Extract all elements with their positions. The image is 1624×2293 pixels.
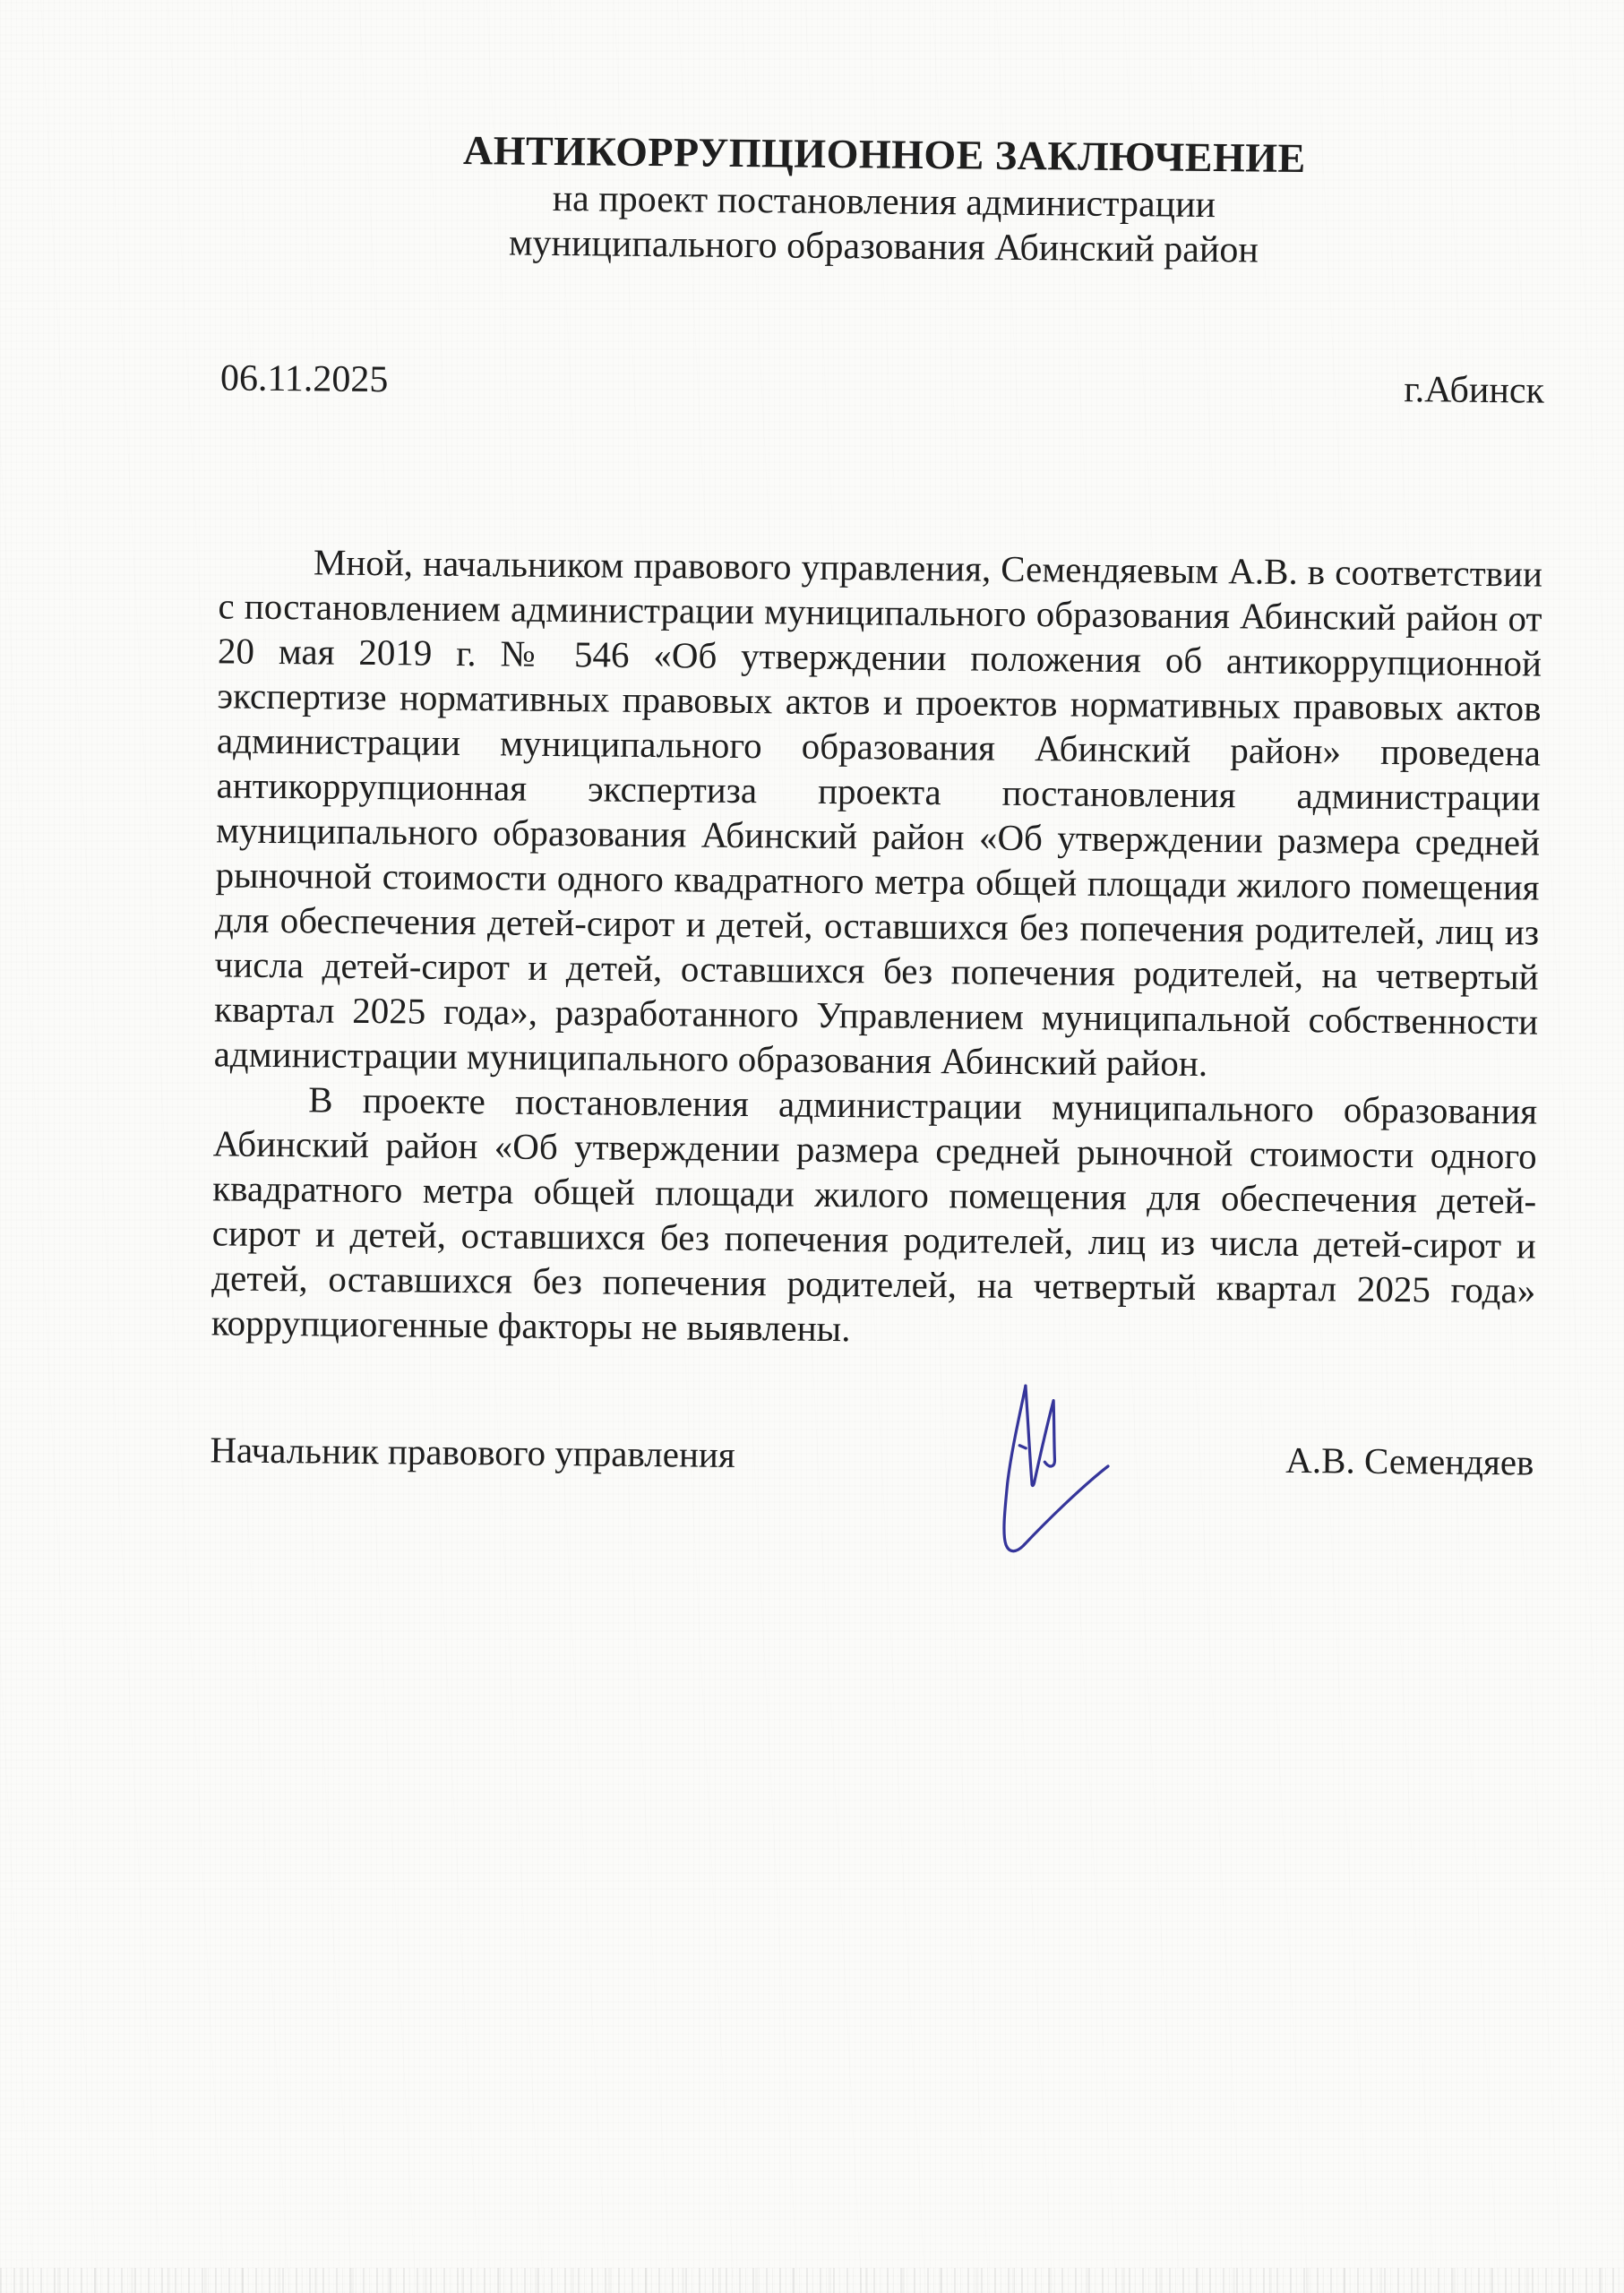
signer-name: А.В. Семендяев: [1285, 1438, 1534, 1485]
document-place: г.Абинск: [1404, 367, 1544, 414]
title-block: АНТИКОРРУПЦИОННОЕ ЗАКЛЮЧЕНИЕ на проект п…: [221, 123, 1546, 275]
body-paragraph-2: В проекте постановления администрации му…: [211, 1076, 1538, 1357]
handwritten-signature-ink: [979, 1379, 1117, 1561]
signer-position-title: Начальник правового управления: [210, 1427, 735, 1477]
document-date: 06.11.2025: [220, 356, 389, 402]
body-paragraph-1: Мной, начальником правового управления, …: [213, 538, 1542, 1088]
date-place-row: 06.11.2025 г.Абинск: [220, 356, 1544, 413]
scan-bottom-edge-artifact: [0, 2268, 1624, 2293]
document-content: АНТИКОРРУПЦИОННОЕ ЗАКЛЮЧЕНИЕ на проект п…: [210, 0, 1548, 1485]
document-body: Мной, начальником правового управления, …: [211, 538, 1543, 1357]
signature-row: Начальник правового управления А.В. Семе…: [210, 1427, 1534, 1484]
scanned-document-page: АНТИКОРРУПЦИОННОЕ ЗАКЛЮЧЕНИЕ на проект п…: [0, 0, 1624, 2293]
